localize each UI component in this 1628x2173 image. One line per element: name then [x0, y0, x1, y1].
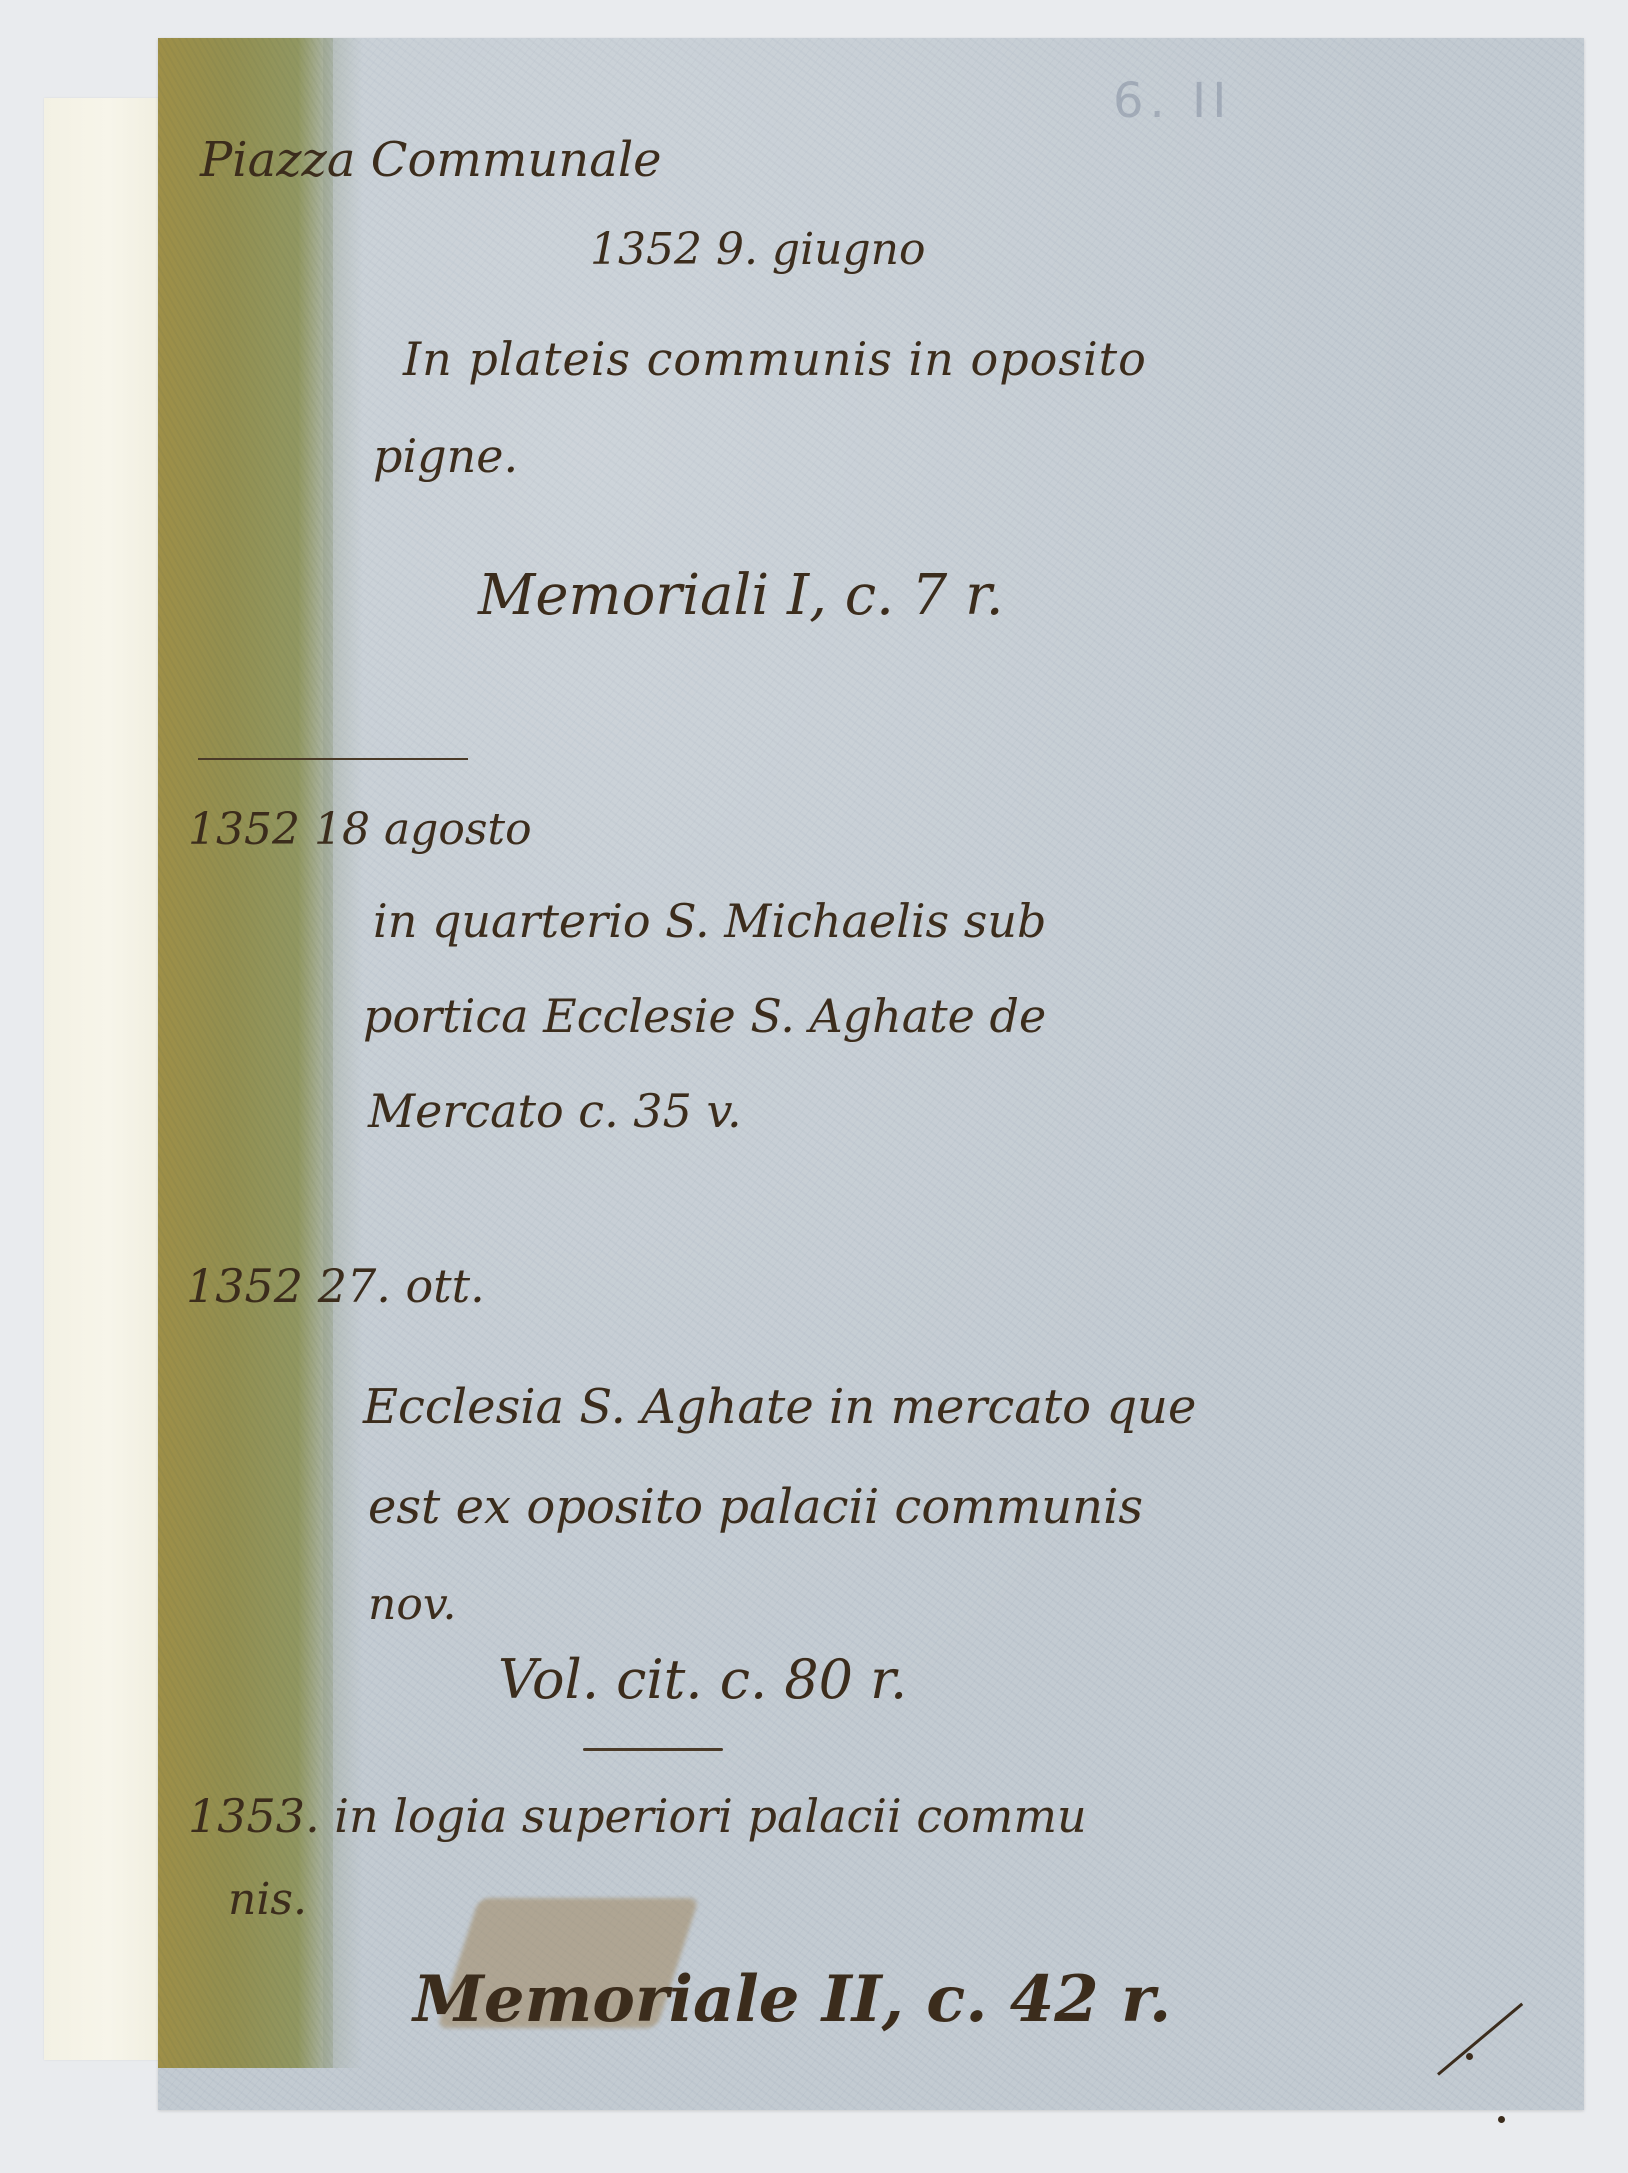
end-mark-dot [1498, 2116, 1505, 2123]
divider-line [583, 1748, 723, 1751]
entry-2-line-2: portica Ecclesie S. Aghate de [363, 993, 1046, 1039]
entry-2-line-1: in quarterio S. Michaelis sub [373, 898, 1046, 944]
backing-paper-slip [44, 98, 174, 2060]
entry-4-line-1: nis. [228, 1878, 307, 1922]
tape-edge [323, 38, 363, 2068]
adhesive-tape-strip [158, 38, 333, 2068]
entry-2-line-3: Mercato c. 35 v. [368, 1088, 742, 1134]
entry-3-line-1: Ecclesia S. Aghate in mercato que [363, 1383, 1196, 1431]
entry-2-date: 1352 18 agosto [188, 808, 532, 852]
entry-3-line-3: nov. [368, 1583, 456, 1627]
entry-1-date: 1352 9. giugno [590, 228, 926, 272]
note-title: Piazza Communale [200, 136, 662, 184]
archive-mark: 6. II [1113, 73, 1232, 129]
note-sheet: 6. II Piazza Communale 1352 9. giugno In… [158, 38, 1584, 2110]
entry-1-line-1: In plateis communis in oposito [403, 336, 1147, 382]
entry-4-date: 1353. in logia superiori palacii commu [188, 1793, 1087, 1839]
end-mark-slash [1437, 2003, 1523, 2076]
entry-1-reference: Memoriali I, c. 7 r. [478, 568, 1004, 624]
entry-4-reference: Memoriale II, c. 42 r. [413, 1968, 1171, 2032]
entry-1-line-2: pigne. [373, 433, 518, 479]
divider-line [198, 758, 468, 760]
entry-3-line-2: est ex oposito palacii communis [368, 1483, 1143, 1531]
entry-3-reference: Vol. cit. c. 80 r. [498, 1653, 907, 1707]
entry-3-date: 1352 27. ott. [186, 1263, 485, 1309]
end-mark-dot [1466, 2053, 1473, 2060]
